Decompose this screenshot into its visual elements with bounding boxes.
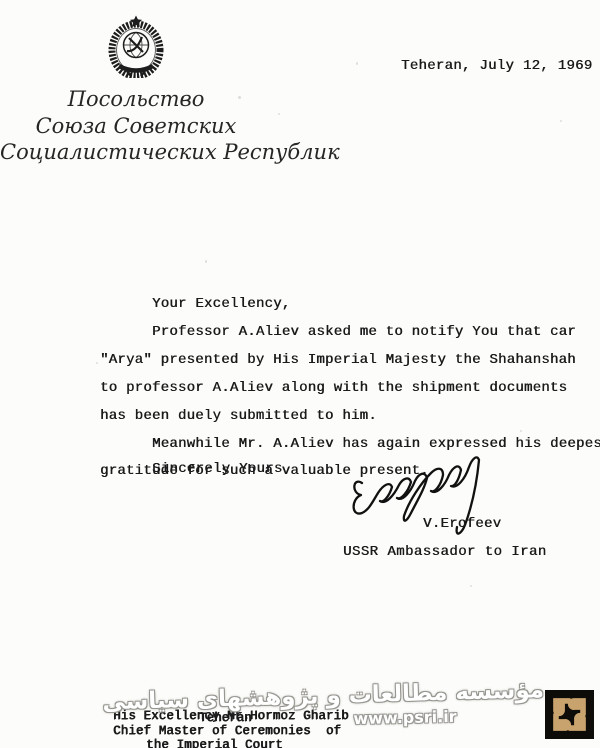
letter-body: Your Excellency,Professor A.Aliev asked … bbox=[100, 237, 590, 486]
body-line: has been duely submitted to him. bbox=[100, 403, 590, 431]
embassy-letterhead: ПосольствоСоюза СоветскихСоциалистически… bbox=[0, 14, 272, 166]
scan-speck bbox=[278, 113, 280, 115]
scan-speck bbox=[205, 260, 207, 263]
scan-speck bbox=[560, 120, 562, 122]
recipient-city: Teheran bbox=[199, 711, 252, 725]
scan-speck bbox=[470, 585, 472, 587]
recipient-line: Chief Master of Ceremonies of bbox=[113, 724, 349, 739]
recipient-line: the Imperial Court bbox=[113, 738, 349, 748]
psri-institute-logo-icon bbox=[545, 690, 594, 739]
body-line: to professor A.Aliev along with the ship… bbox=[100, 375, 590, 403]
soviet-coat-of-arms-icon bbox=[105, 14, 167, 78]
signer-name: V.Erofeev bbox=[423, 516, 501, 532]
scan-speck bbox=[238, 96, 241, 99]
letter-scan-page: ПосольствоСоюза СоветскихСоциалистически… bbox=[0, 0, 600, 748]
body-line: Professor A.Aliev asked me to notify You… bbox=[100, 319, 590, 347]
letterhead-line: Союза Советских bbox=[0, 113, 272, 140]
letterhead-line: Посольство bbox=[0, 86, 272, 113]
date-line: Teheran, July 12, 1969 bbox=[401, 58, 592, 74]
signer-title: USSR Ambassador to Iran bbox=[343, 544, 547, 560]
scan-speck bbox=[96, 362, 98, 364]
body-line: "Arya" presented by His Imperial Majesty… bbox=[100, 347, 590, 375]
body-line: Your Excellency, bbox=[100, 291, 590, 319]
letterhead-line: Социалистических Республик bbox=[0, 139, 272, 166]
watermark-website-url: www.psri.ir bbox=[346, 707, 464, 728]
scan-speck bbox=[520, 430, 522, 432]
closing-salutation: Sincerely Yours bbox=[152, 461, 283, 477]
scan-speck bbox=[356, 62, 358, 65]
body-line: Meanwhile Mr. A.Aliev has again expresse… bbox=[100, 431, 590, 459]
letterhead-script-lines: ПосольствоСоюза СоветскихСоциалистически… bbox=[0, 86, 272, 166]
